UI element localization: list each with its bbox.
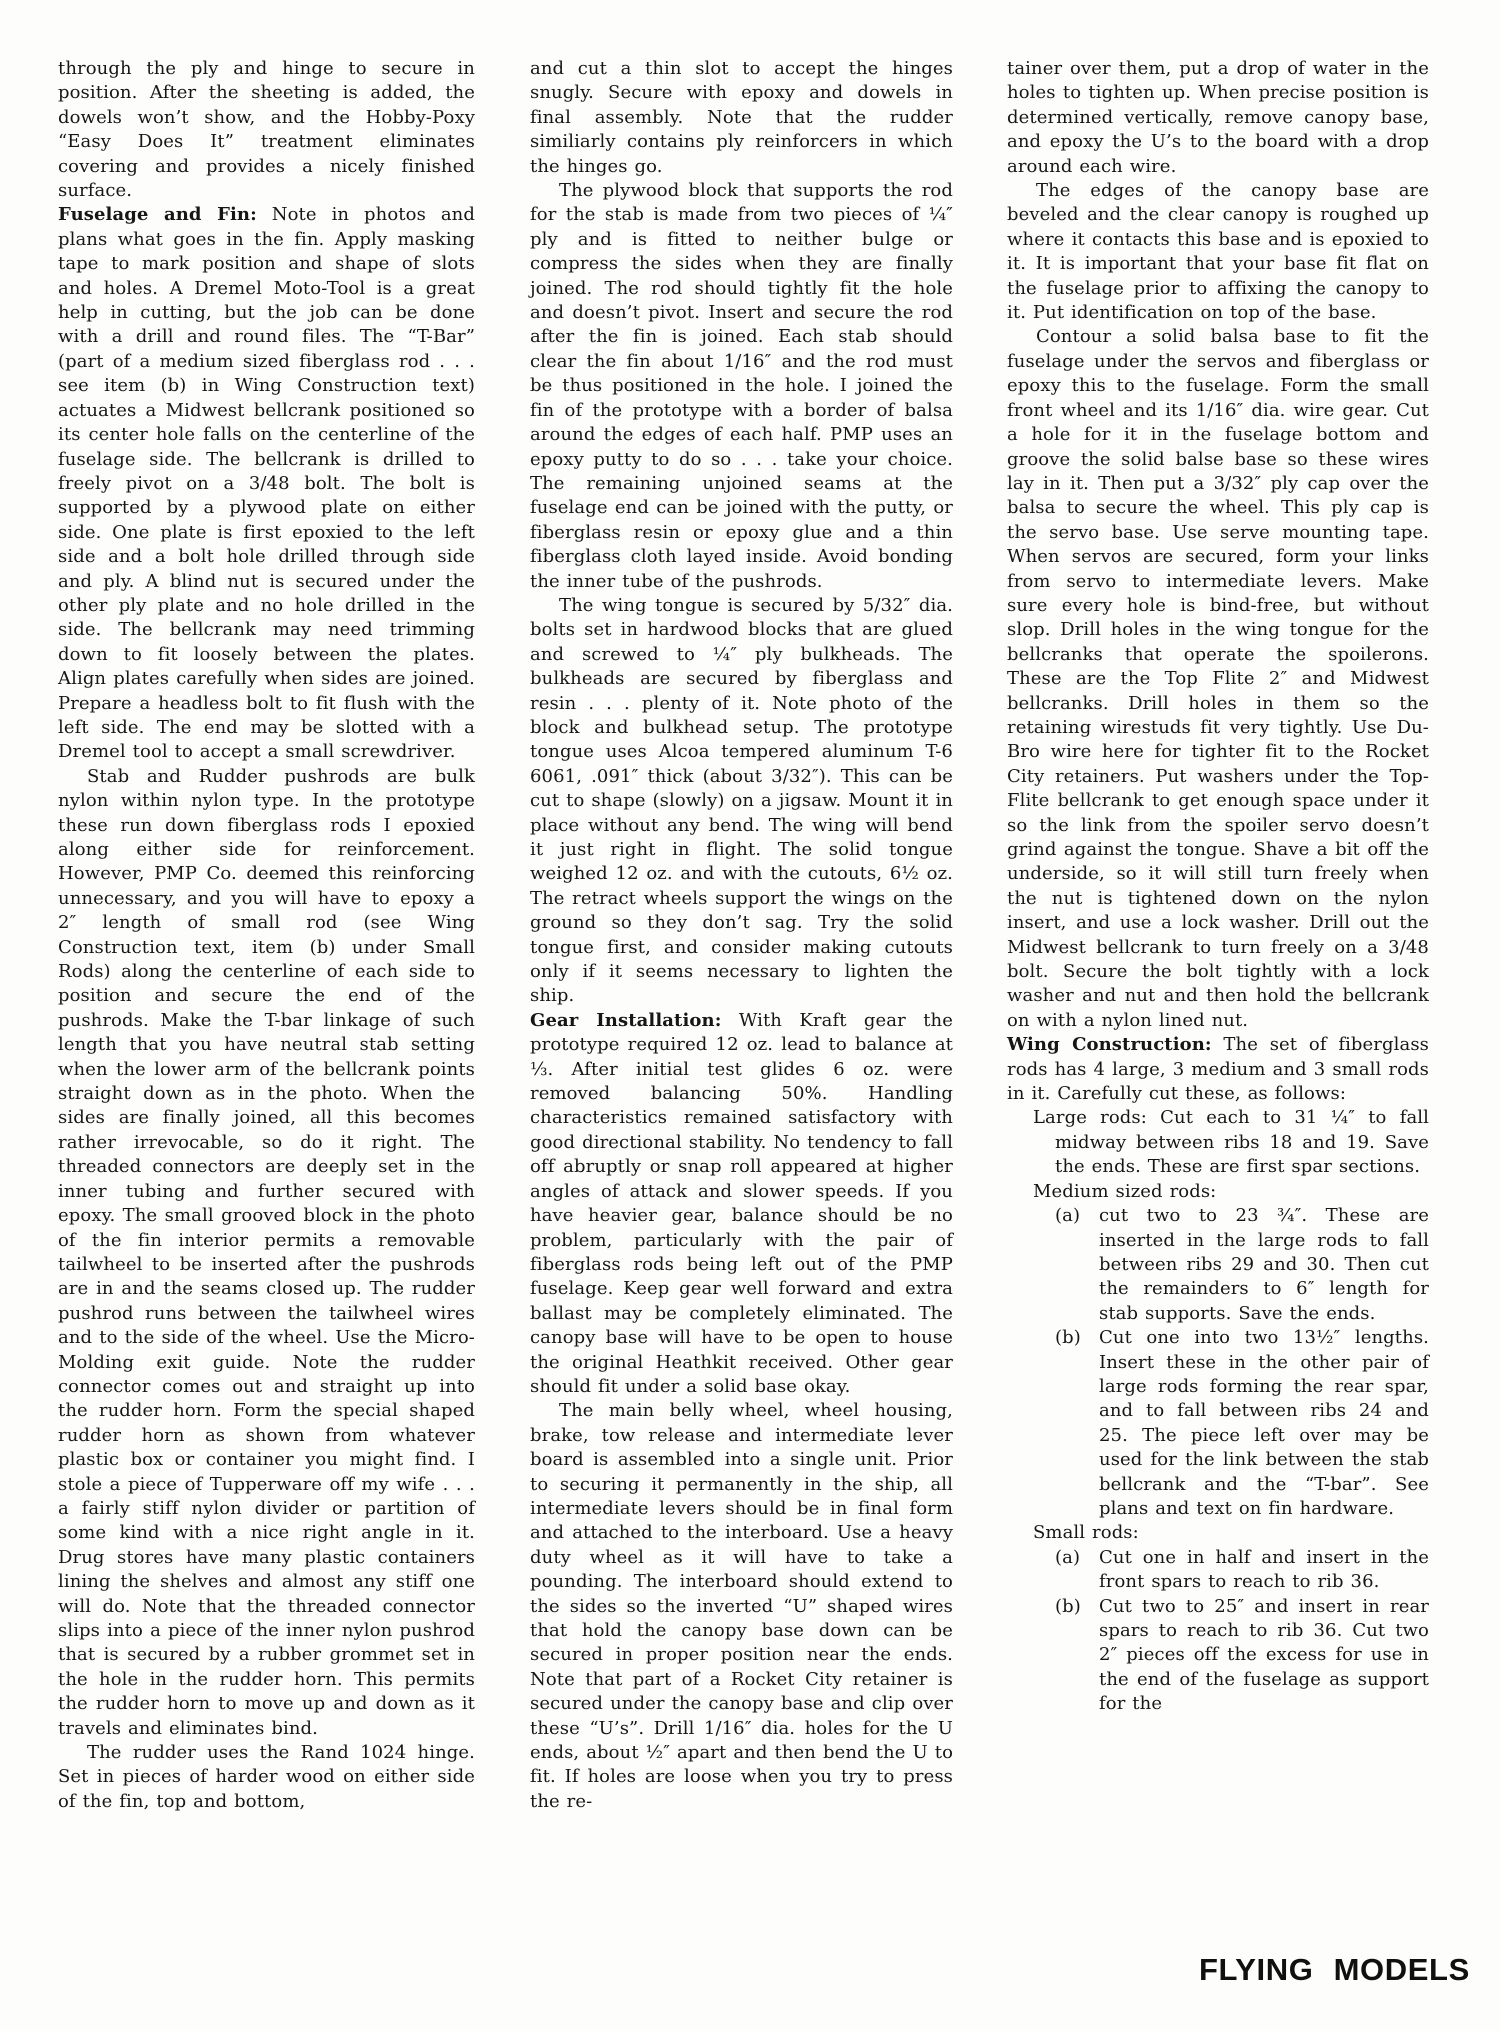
section-paragraph: Fuselage and Fin: Note in photos and pla… (58, 203, 475, 764)
section-paragraph: Wing Construction: The set of fiberglass… (1007, 1033, 1429, 1106)
paragraph: through the ply and hinge to secure in p… (58, 57, 475, 203)
list-item: (a)cut two to 23 ¾″. These are inserted … (1007, 1204, 1429, 1326)
paragraph: Medium sized rods: (1007, 1180, 1429, 1204)
section-heading: Wing Construction: (1007, 1034, 1212, 1055)
paragraph: The rudder uses the Rand 1024 hinge. Set… (58, 1741, 475, 1814)
magazine-footer-brand: FLYING MODELS (1199, 1952, 1470, 1988)
paragraph: The wing tongue is secured by 5/32″ dia.… (530, 594, 953, 1009)
paragraph: Large rods: Cut each to 31 ¼″ to fall mi… (1007, 1106, 1429, 1179)
list-marker: (b) (1055, 1326, 1099, 1350)
section-heading: Fuselage and Fin: (58, 204, 257, 225)
paragraph: Stab and Rudder pushrods are bulk nylon … (58, 765, 475, 1741)
paragraph: The edges of the canopy base are beveled… (1007, 179, 1429, 325)
list-item: (a)Cut one in half and insert in the fro… (1007, 1546, 1429, 1595)
list-item: (b)Cut one into two 13½″ lengths. Insert… (1007, 1326, 1429, 1521)
paragraph: tainer over them, put a drop of water in… (1007, 57, 1429, 179)
paragraph: Small rods: (1007, 1521, 1429, 1545)
paragraph: The main belly wheel, wheel housing, bra… (530, 1399, 953, 1814)
text-column-3: tainer over them, put a drop of water in… (1007, 57, 1429, 1717)
paragraph: Contour a solid balsa base to fit the fu… (1007, 325, 1429, 1033)
magazine-page: through the ply and hinge to secure in p… (0, 0, 1500, 2031)
text-column-1: through the ply and hinge to secure in p… (58, 57, 475, 1814)
section-heading: Gear Installation: (530, 1010, 721, 1031)
list-item: (b)Cut two to 25″ and insert in rear spa… (1007, 1595, 1429, 1717)
list-marker: (b) (1055, 1595, 1099, 1619)
list-marker: (a) (1055, 1204, 1099, 1228)
list-marker: (a) (1055, 1546, 1099, 1570)
paragraph: and cut a thin slot to accept the hinges… (530, 57, 953, 179)
text-column-2: and cut a thin slot to accept the hinges… (530, 57, 953, 1814)
section-paragraph: Gear Installation: With Kraft gear the p… (530, 1009, 953, 1400)
paragraph: The plywood block that supports the rod … (530, 179, 953, 594)
